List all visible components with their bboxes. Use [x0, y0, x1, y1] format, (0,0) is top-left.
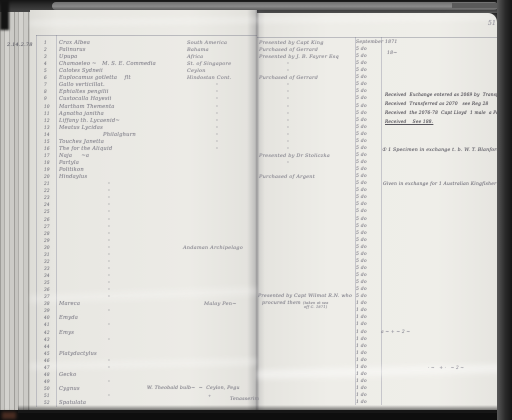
locality: Hindostan Cont.	[187, 76, 231, 81]
register-date: 1 do	[356, 331, 367, 336]
register-date: 5 do	[356, 126, 367, 131]
register-date: 5 do	[356, 225, 367, 230]
register-date: 5 do	[356, 253, 367, 258]
register-date: 1 do	[356, 338, 367, 343]
entry-number: 12	[44, 119, 50, 123]
species-name-ditto: "	[108, 295, 110, 299]
acquisition-ditto: "	[287, 140, 289, 144]
species-name: Gecko	[59, 373, 76, 378]
acquisition: Purchased of Gerrard	[259, 48, 318, 53]
acquisition-ditto: "	[287, 119, 289, 123]
entry-number: 43	[44, 338, 50, 342]
species-name-ditto: "	[108, 323, 110, 327]
entry-number: 31	[44, 253, 50, 257]
species-name: Emyda	[59, 316, 78, 321]
shadow-top-left	[0, 0, 9, 30]
entry-number: 51	[44, 394, 50, 398]
entry-number: 19	[44, 168, 50, 172]
species-name: Ephialtes pengilii	[59, 90, 109, 95]
register-date: 5 do	[356, 281, 367, 286]
acquisition-ditto: "	[287, 105, 289, 109]
species-name-ditto: "	[108, 274, 110, 278]
register-date: 1 do	[356, 309, 367, 314]
register-date: 5 do	[356, 69, 367, 74]
acquisition-ditto: "	[287, 133, 289, 137]
species-name-ditto: "	[108, 380, 110, 384]
register-date: 1 do	[356, 316, 367, 321]
entry-number: 6	[44, 76, 47, 80]
column-rule-date	[36, 35, 37, 407]
remark-note: Given in exchange for 1 Australian Kingf…	[383, 183, 512, 188]
species-name: Euplocamus gotletta flt	[59, 76, 131, 81]
species-name: Crax Albea	[59, 41, 90, 46]
header-rule-left	[36, 35, 257, 36]
entry-number: 28	[44, 232, 50, 236]
entry-number: 44	[44, 345, 50, 349]
entry-number: 13	[44, 126, 50, 130]
remark-note: Presented by Capt Wilmot R.N. who	[258, 295, 352, 300]
remark-note: Received the 2076-78 Capt Lloyd 1 male a…	[385, 112, 503, 116]
register-date: 5 do	[356, 232, 367, 237]
species-name-ditto: "	[108, 225, 110, 229]
register-date: 5 do	[356, 147, 367, 152]
species-name: Politikon	[59, 168, 84, 173]
entry-number: 39	[44, 309, 50, 313]
register-date: 5 do	[356, 76, 367, 81]
locality: South America	[187, 41, 227, 46]
register-date: 5 do	[356, 55, 367, 60]
locality-ditto: "	[216, 133, 218, 137]
remark-note: 18~	[387, 52, 397, 57]
locality-ditto: "	[216, 126, 218, 130]
entry-number: 21	[44, 182, 50, 186]
background-bottom	[0, 413, 512, 420]
entry-number: 45	[44, 352, 50, 356]
ledger-scan-photo: 2.14.2.78 51 1Crax AlbeaSouth AmericaPre…	[0, 0, 512, 420]
entry-number: 4	[44, 62, 47, 66]
register-date: 5 do	[356, 260, 367, 265]
entry-number: 27	[44, 225, 50, 229]
locality-ditto: "	[216, 147, 218, 151]
remark-note: W. Theobald bulb~ ~ Ceylon, Pegu	[147, 387, 240, 392]
register-date: 1 do	[356, 394, 367, 399]
species-name: Touches Janetta	[59, 140, 104, 145]
species-name: Naja ~a	[59, 154, 89, 159]
entry-number: 24	[44, 203, 50, 207]
species-name-ditto: "	[108, 288, 110, 292]
species-name-ditto: "	[108, 359, 110, 363]
register-date: 1 do	[356, 373, 367, 378]
entry-number: 18	[44, 161, 50, 165]
entry-number: 22	[44, 189, 50, 193]
species-name-ditto: "	[108, 182, 110, 186]
remark-note: off C. 1871)	[304, 306, 327, 310]
remark-note: a ~ + ~ 2 ~	[381, 331, 410, 335]
species-name: Martham Thementa	[59, 105, 115, 110]
species-name-ditto: "	[108, 338, 110, 342]
species-name: Chamaeleo ~ M. S. E. Commedia	[59, 62, 156, 67]
species-name-ditto: "	[108, 260, 110, 264]
register-date: 1 do	[356, 359, 367, 364]
column-rule-remarks	[381, 37, 382, 405]
acquisition: Purchased of Argent	[259, 175, 315, 180]
register-date: 5 do	[356, 133, 367, 138]
cover-corner-red	[2, 412, 16, 419]
species-name: Philalghurn	[103, 133, 136, 138]
entry-number: 15	[44, 140, 50, 144]
register-date: September 1871	[356, 41, 398, 46]
locality-ditto: "	[216, 119, 218, 123]
entry-number: 7	[44, 83, 47, 87]
entry-number: 49	[44, 380, 50, 384]
register-date: 5 do	[356, 112, 367, 117]
entry-number: 2	[44, 48, 47, 52]
entry-number: 40	[44, 316, 50, 320]
entry-number: 16	[44, 147, 50, 151]
entry-number: 33	[44, 267, 50, 271]
register-date: 5 do	[356, 119, 367, 124]
locality: Andaman Archipelago	[183, 246, 243, 251]
page-stack-left-edge	[0, 12, 30, 410]
register-date: 5 do	[356, 182, 367, 187]
species-name: Partyla	[59, 161, 79, 166]
entry-number: 17	[44, 154, 50, 158]
acquisition-ditto: "	[287, 69, 289, 73]
entry-number: 32	[44, 260, 50, 264]
entry-number: 36	[44, 288, 50, 292]
species-name-ditto: "	[108, 267, 110, 271]
species-name: Hindaylus	[59, 175, 87, 180]
entry-number: 29	[44, 239, 50, 243]
remark-note: Received Transferred as 2070 see Reg 28	[385, 103, 489, 107]
acquisition: Presented by J. B. Fayrer Esq	[259, 55, 339, 60]
register-date: 5 do	[356, 90, 367, 95]
species-name: Gallo verticillat.	[59, 83, 105, 88]
species-name-ditto: "	[108, 196, 110, 200]
species-name: Platydactylus	[59, 352, 97, 357]
book-cover-top-highlight	[52, 2, 498, 10]
remark-note: Received See 188.	[385, 121, 433, 125]
remark-note: +	[208, 394, 211, 398]
entry-number: 30	[44, 246, 50, 250]
species-name-ditto: "	[108, 394, 110, 398]
entry-number: 25	[44, 210, 50, 214]
register-date: 5 do	[356, 62, 367, 67]
species-name: Mareca	[59, 302, 80, 307]
entry-number: 50	[44, 387, 50, 391]
entry-number: 20	[44, 175, 50, 179]
register-date: 5 do	[356, 189, 367, 194]
locality-ditto: "	[216, 97, 218, 101]
acquisition: Presented by Capt King	[259, 41, 324, 46]
locality: Malay Pen~	[204, 302, 237, 307]
species-name-ditto: "	[108, 232, 110, 236]
remark-note: ① 1 Specimen in exchange t. b. W. T. Bla…	[382, 149, 512, 154]
entry-number: 1	[44, 41, 47, 45]
remark-note: procured them	[262, 302, 301, 307]
register-date: 5 do	[356, 168, 367, 173]
species-name: Agnatha janitha	[59, 112, 104, 117]
entry-number: 48	[44, 373, 50, 377]
register-date: 5 do	[356, 161, 367, 166]
species-name: Calotes Sydneii	[59, 69, 103, 74]
register-date: 5 do	[356, 175, 367, 180]
locality-ditto: "	[216, 105, 218, 109]
register-date: 5 do	[356, 97, 367, 102]
acquisition: Presented by Dr Stoliczka	[259, 154, 330, 159]
entry-number: 11	[44, 112, 50, 116]
entry-number: 38	[44, 302, 50, 306]
register-date: 5 do	[356, 154, 367, 159]
register-date: 1 do	[356, 345, 367, 350]
entry-number: 34	[44, 274, 50, 278]
entry-number: 9	[44, 97, 47, 101]
register-date: 1 do	[356, 352, 367, 357]
entry-number: 46	[44, 359, 50, 363]
acquisition-ditto: "	[287, 112, 289, 116]
species-name-ditto: "	[108, 309, 110, 313]
page-gutter	[247, 10, 265, 410]
species-name: Cygnus	[59, 387, 80, 392]
species-name: The for the Aliquid	[59, 147, 112, 152]
species-name-ditto: "	[108, 366, 110, 370]
entry-number: 23	[44, 196, 50, 200]
register-date: 5 do	[356, 288, 367, 293]
register-date: 5 do	[356, 246, 367, 251]
locality: St. of Singapore	[187, 62, 231, 67]
remark-note: Tenasserim	[230, 398, 259, 403]
register-date: 5 do	[356, 274, 367, 279]
acquisition-ditto: "	[287, 147, 289, 151]
locality: Bahama	[187, 48, 209, 53]
locality: Ceylon	[187, 69, 206, 74]
remark-note: · ~ + · ~ 2 ~	[428, 366, 464, 370]
register-date: 5 do	[356, 48, 367, 53]
register-date: 5 do	[356, 105, 367, 110]
register-date: 1 do	[356, 366, 367, 371]
register-date: 5 do	[356, 140, 367, 145]
register-date: 5 do	[356, 203, 367, 208]
species-name-ditto: "	[108, 218, 110, 222]
column-rule-number	[56, 35, 57, 407]
acquisition-ditto: "	[287, 161, 289, 165]
acquisition-ditto: "	[287, 62, 289, 66]
register-date: 5 do	[356, 210, 367, 215]
species-name: Palinurus	[59, 48, 86, 53]
species-name-ditto: "	[108, 246, 110, 250]
register-date: 5 do	[356, 83, 367, 88]
species-name-ditto: "	[108, 253, 110, 257]
register-date: 5 do	[356, 218, 367, 223]
locality-ditto: "	[216, 140, 218, 144]
locality-ditto: "	[216, 83, 218, 87]
entry-number: 5	[44, 69, 47, 73]
species-name: Liffany th. Lycaenid~	[59, 119, 120, 124]
register-date: 5 do	[356, 239, 367, 244]
species-name-ditto: "	[108, 239, 110, 243]
species-name: Emys	[59, 331, 74, 336]
species-name: Meatus Lycidas	[59, 126, 103, 131]
species-name-ditto: "	[108, 189, 110, 193]
entry-number: 37	[44, 295, 50, 299]
register-date: 1 do	[356, 302, 367, 307]
remark-note: Received Exchange entered as 2069 by Tra…	[385, 94, 512, 98]
locality: Africa	[187, 55, 203, 60]
acquisition: Purchased of Gerrard	[259, 76, 318, 81]
register-date: 5 do	[356, 267, 367, 272]
register-date: 5 do	[356, 295, 367, 300]
register-date: 1 do	[356, 380, 367, 385]
entry-number: 10	[44, 105, 50, 109]
acquisition-ditto: "	[287, 126, 289, 130]
entry-number: 14	[44, 133, 50, 137]
entry-number: 3	[44, 55, 47, 59]
species-name: Upupa	[59, 55, 77, 60]
entry-number: 47	[44, 366, 50, 370]
entry-number: 8	[44, 90, 47, 94]
entry-number: 26	[44, 218, 50, 222]
entry-number: 41	[44, 323, 50, 327]
entry-number: 35	[44, 281, 50, 285]
book-cover-right-edge	[497, 0, 512, 420]
register-date: 5 do	[356, 196, 367, 201]
acquisition-ditto: "	[287, 83, 289, 87]
species-name-ditto: "	[108, 203, 110, 207]
species-name: Custocalla Hayesii	[59, 97, 111, 102]
ledger-right-page	[257, 13, 497, 410]
acquisition-ditto: "	[287, 90, 289, 94]
register-date: 1 do	[356, 387, 367, 392]
entry-date: 2.14.2.78	[7, 43, 33, 48]
locality-ditto: "	[216, 90, 218, 94]
species-name-ditto: "	[108, 281, 110, 285]
register-date: 1 do	[356, 323, 367, 328]
entry-number: 42	[44, 331, 50, 335]
acquisition-ditto: "	[287, 97, 289, 101]
locality-ditto: "	[216, 112, 218, 116]
species-name-ditto: "	[108, 210, 110, 214]
